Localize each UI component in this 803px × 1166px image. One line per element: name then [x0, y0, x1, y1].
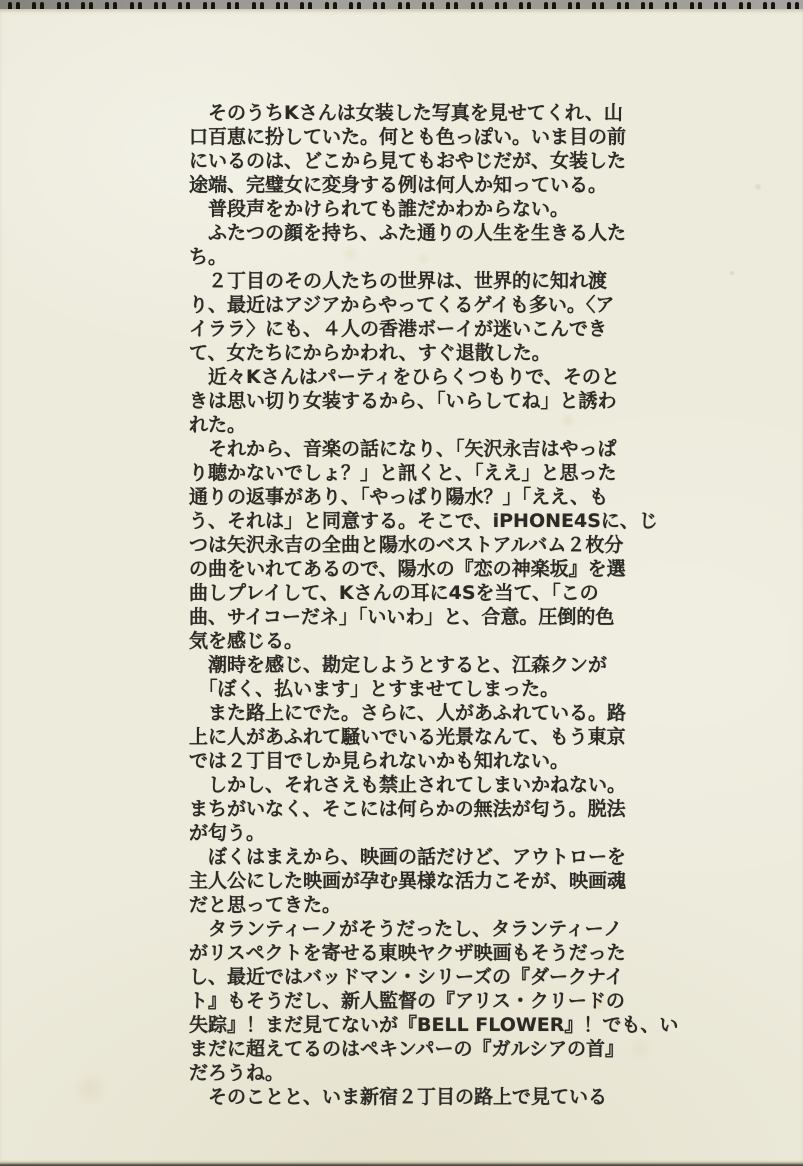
- text-line: 潮時を感じ、勘定しようとすると、江森クンが: [189, 653, 659, 677]
- text-line: 曲、サイコーだネ」「いいわ」と、合意。圧倒的色: [189, 605, 659, 629]
- text-line: そのうちKさんは女装した写真を見せてくれ、山: [189, 101, 659, 125]
- text-line: また路上にでた。さらに、人があふれている。路: [189, 701, 659, 725]
- notebook-page: そのうちKさんは女装した写真を見せてくれ、山口百恵に扮していた。何とも色っぽい。…: [0, 0, 803, 1166]
- text-line: しかし、それさえも禁止されてしまいかねない。: [189, 773, 659, 797]
- text-line: り、最近はアジアからやってくるゲイも多い。〈ア: [189, 293, 659, 317]
- text-line: では２丁目でしか見られないかも知れない。: [189, 749, 659, 773]
- text-line: 「ぼく、払います」とすませてしまった。: [189, 677, 659, 701]
- text-line: だろうね。: [189, 1061, 659, 1085]
- page-text: そのうちKさんは女装した写真を見せてくれ、山口百恵に扮していた。何とも色っぽい。…: [189, 101, 659, 1109]
- text-line: ふたつの顔を持ち、ふた通りの人生を生きる人た: [189, 221, 659, 245]
- text-line: だと思ってきた。: [189, 893, 659, 917]
- text-line: 上に人があふれて騒いでいる光景なんて、もう東京: [189, 725, 659, 749]
- text-line: の曲をいれてあるので、陽水の『恋の神楽坂』を選: [189, 557, 659, 581]
- text-line: 口百恵に扮していた。何とも色っぽい。いま目の前: [189, 125, 659, 149]
- text-line: て、女たちにからかわれ、すぐ退散した。: [189, 341, 659, 365]
- text-line: 途端、完璧女に変身する例は何人か知っている。: [189, 173, 659, 197]
- text-line: れた。: [189, 413, 659, 437]
- text-line: まだに超えてるのはペキンパーの『ガルシアの首』: [189, 1037, 659, 1061]
- paper-sheet: そのうちKさんは女装した写真を見せてくれ、山口百恵に扮していた。何とも色っぽい。…: [0, 9, 803, 1166]
- text-line: まちがいなく、そこには何らかの無法が匂う。脱法: [189, 797, 659, 821]
- text-line: ぼくはまえから、映画の話だけど、アウトローを: [189, 845, 659, 869]
- text-line: イララ〉にも、４人の香港ボーイが迷いこんでき: [189, 317, 659, 341]
- text-line: ち。: [189, 245, 659, 269]
- text-line: きは思い切り女装するから、「いらしてね」と誘わ: [189, 389, 659, 413]
- text-line: 通りの返事があり、「やっぱり陽水？」「ええ、も: [189, 485, 659, 509]
- text-line: う、それは」と同意する。そこで、iPHONE4Sに、じ: [189, 509, 659, 533]
- text-line: り聴かないでしょ？」と訊くと、「ええ」と思った: [189, 461, 659, 485]
- text-line: 主人公にした映画が孕む異様な活力こそが、映画魂: [189, 869, 659, 893]
- text-line: 普段声をかけられても誰だかわからない。: [189, 197, 659, 221]
- page-bottom-edge: [0, 1160, 803, 1166]
- text-line: が匂う。: [189, 821, 659, 845]
- text-line: 曲しプレイして、Kさんの耳に4Sを当て、「この: [189, 581, 659, 605]
- text-line: 気を感じる。: [189, 629, 659, 653]
- text-line: タランティーノがそうだったし、タランティーノ: [189, 917, 659, 941]
- text-line: がリスペクトを寄せる東映ヤクザ映画もそうだった: [189, 941, 659, 965]
- text-line: ２丁目のその人たちの世界は、世界的に知れ渡: [189, 269, 659, 293]
- text-line: し、最近ではバッドマン・シリーズの『ダークナイ: [189, 965, 659, 989]
- text-line: ト』もそうだし、新人監督の『アリス・クリードの: [189, 989, 659, 1013]
- text-line: にいるのは、どこから見てもおやじだが、女装した: [189, 149, 659, 173]
- text-line: それから、音楽の話になり、「矢沢永吉はやっぱ: [189, 437, 659, 461]
- text-line: 失踪』！まだ見てないが『BELL FLOWER』！でも、い: [189, 1013, 659, 1037]
- text-line: 近々Kさんはパーティをひらくつもりで、そのと: [189, 365, 659, 389]
- text-line: つは矢沢永吉の全曲と陽水のベストアルバム２枚分: [189, 533, 659, 557]
- text-line: そのことと、いま新宿２丁目の路上で見ている: [189, 1085, 659, 1109]
